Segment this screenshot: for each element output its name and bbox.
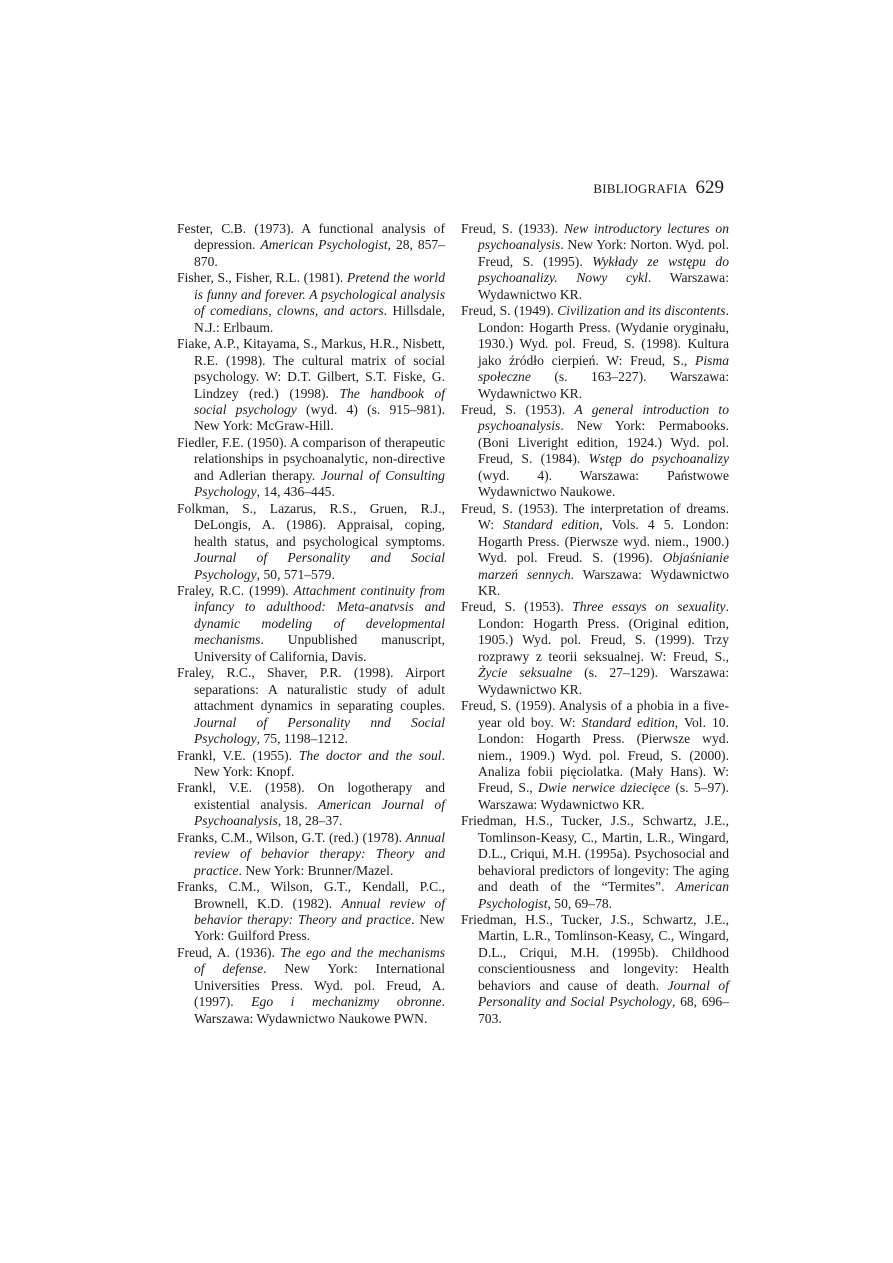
- entry-title-italic: Ego i mechanizmy obronne: [251, 994, 441, 1009]
- page-header: BIBLIOGRAFIA629: [560, 177, 724, 199]
- bibliography-left-column: Fester, C.B. (1973). A functional analys…: [177, 221, 445, 1027]
- bibliography-entry: Freud, S. (1953). A general introduction…: [461, 402, 729, 501]
- entry-title-italic: Życie seksualne: [478, 665, 572, 680]
- bibliography-entry: Franks, C.M., Wilson, G.T., Kendall, P.C…: [177, 879, 445, 945]
- bibliography-entry: Freud, S. (1953). Three essays on sexual…: [461, 599, 729, 698]
- bibliography-entry: Fester, C.B. (1973). A functional analys…: [177, 221, 445, 270]
- bibliography-entry: Folkman, S., Lazarus, R.S., Gruen, R.J.,…: [177, 501, 445, 583]
- page-number: 629: [696, 177, 725, 198]
- entry-text: . New York: Brunner/Mazel.: [239, 863, 394, 878]
- bibliography-entry: Fraley, R.C., Shaver, P.R. (1998). Airpo…: [177, 665, 445, 747]
- entry-text: Franks, C.M., Wilson, G.T. (red.) (1978)…: [177, 830, 406, 845]
- entry-title-italic: American Psychologist: [260, 237, 387, 252]
- entry-text: (wyd. 4). Warszawa: Państwowe Wydawnictw…: [478, 468, 729, 499]
- entry-text: , 18, 28–37.: [278, 813, 343, 828]
- entry-title-italic: Standard edition: [503, 517, 599, 532]
- entry-title-italic: Dwie nerwice dziecięce: [538, 780, 670, 795]
- bibliography-entry: Freud, S. (1953). The interpretation of …: [461, 501, 729, 600]
- bibliography-right-column: Freud, S. (1933). New introductory lectu…: [461, 221, 729, 1027]
- bibliography-entry: Freud, S. (1959). Analysis of a phobia i…: [461, 698, 729, 813]
- entry-text: Freud, S. (1953).: [461, 402, 574, 417]
- running-title: BIBLIOGRAFIA: [593, 181, 687, 196]
- entry-text: Fraley, R.C. (1999).: [177, 583, 294, 598]
- entry-title-italic: Three essays on sexuality: [572, 599, 725, 614]
- bibliography-entry: Frankl, V.E. (1958). On logotherapy and …: [177, 780, 445, 829]
- bibliography-entry: Freud, S. (1949). Civilization and its d…: [461, 303, 729, 402]
- entry-text: Fisher, S., Fisher, R.L. (1981).: [177, 270, 347, 285]
- bibliography-entry: Friedman, H.S., Tucker, J.S., Schwartz, …: [461, 813, 729, 912]
- bibliography-entry: Frankl, V.E. (1955). The doctor and the …: [177, 748, 445, 781]
- entry-text: , 14, 436–445.: [257, 484, 335, 499]
- entry-title-italic: The doctor and the soul: [299, 748, 442, 763]
- bibliography-entry: Fiake, A.P., Kitayama, S., Markus, H.R.,…: [177, 336, 445, 435]
- entry-text: , 75, 1198–1212.: [257, 731, 348, 746]
- bibliography-entry: Freud, S. (1933). New introductory lectu…: [461, 221, 729, 303]
- entry-title-italic: Civilization and its discontents: [557, 303, 725, 318]
- entry-text: , 50, 69–78.: [547, 896, 612, 911]
- entry-text: Frankl, V.E. (1955).: [177, 748, 299, 763]
- entry-title-italic: Wstęp do psychoanalizy: [589, 451, 729, 466]
- bibliography-entry: Fiedler, F.E. (1950). A comparison of th…: [177, 435, 445, 501]
- entry-title-italic: Standard edition: [582, 715, 675, 730]
- bibliography-entry: Franks, C.M., Wilson, G.T. (red.) (1978)…: [177, 830, 445, 879]
- entry-text: , 50, 571–579.: [257, 567, 335, 582]
- entry-text: Freud, S. (1949).: [461, 303, 557, 318]
- bibliography-entry: Fraley, R.C. (1999). Attachment continui…: [177, 583, 445, 665]
- entry-text: Freud, S. (1933).: [461, 221, 564, 236]
- bibliography-entry: Friedman, H.S., Tucker, J.S., Schwartz, …: [461, 912, 729, 1027]
- entry-text: Freud, A. (1936).: [177, 945, 280, 960]
- entry-text: Freud, S. (1953).: [461, 599, 572, 614]
- entry-text: Folkman, S., Lazarus, R.S., Gruen, R.J.,…: [177, 501, 445, 549]
- bibliography-entry: Fisher, S., Fisher, R.L. (1981). Pretend…: [177, 270, 445, 336]
- entry-text: Fraley, R.C., Shaver, P.R. (1998). Airpo…: [177, 665, 445, 713]
- bibliography-entry: Freud, A. (1936). The ego and the mechan…: [177, 945, 445, 1027]
